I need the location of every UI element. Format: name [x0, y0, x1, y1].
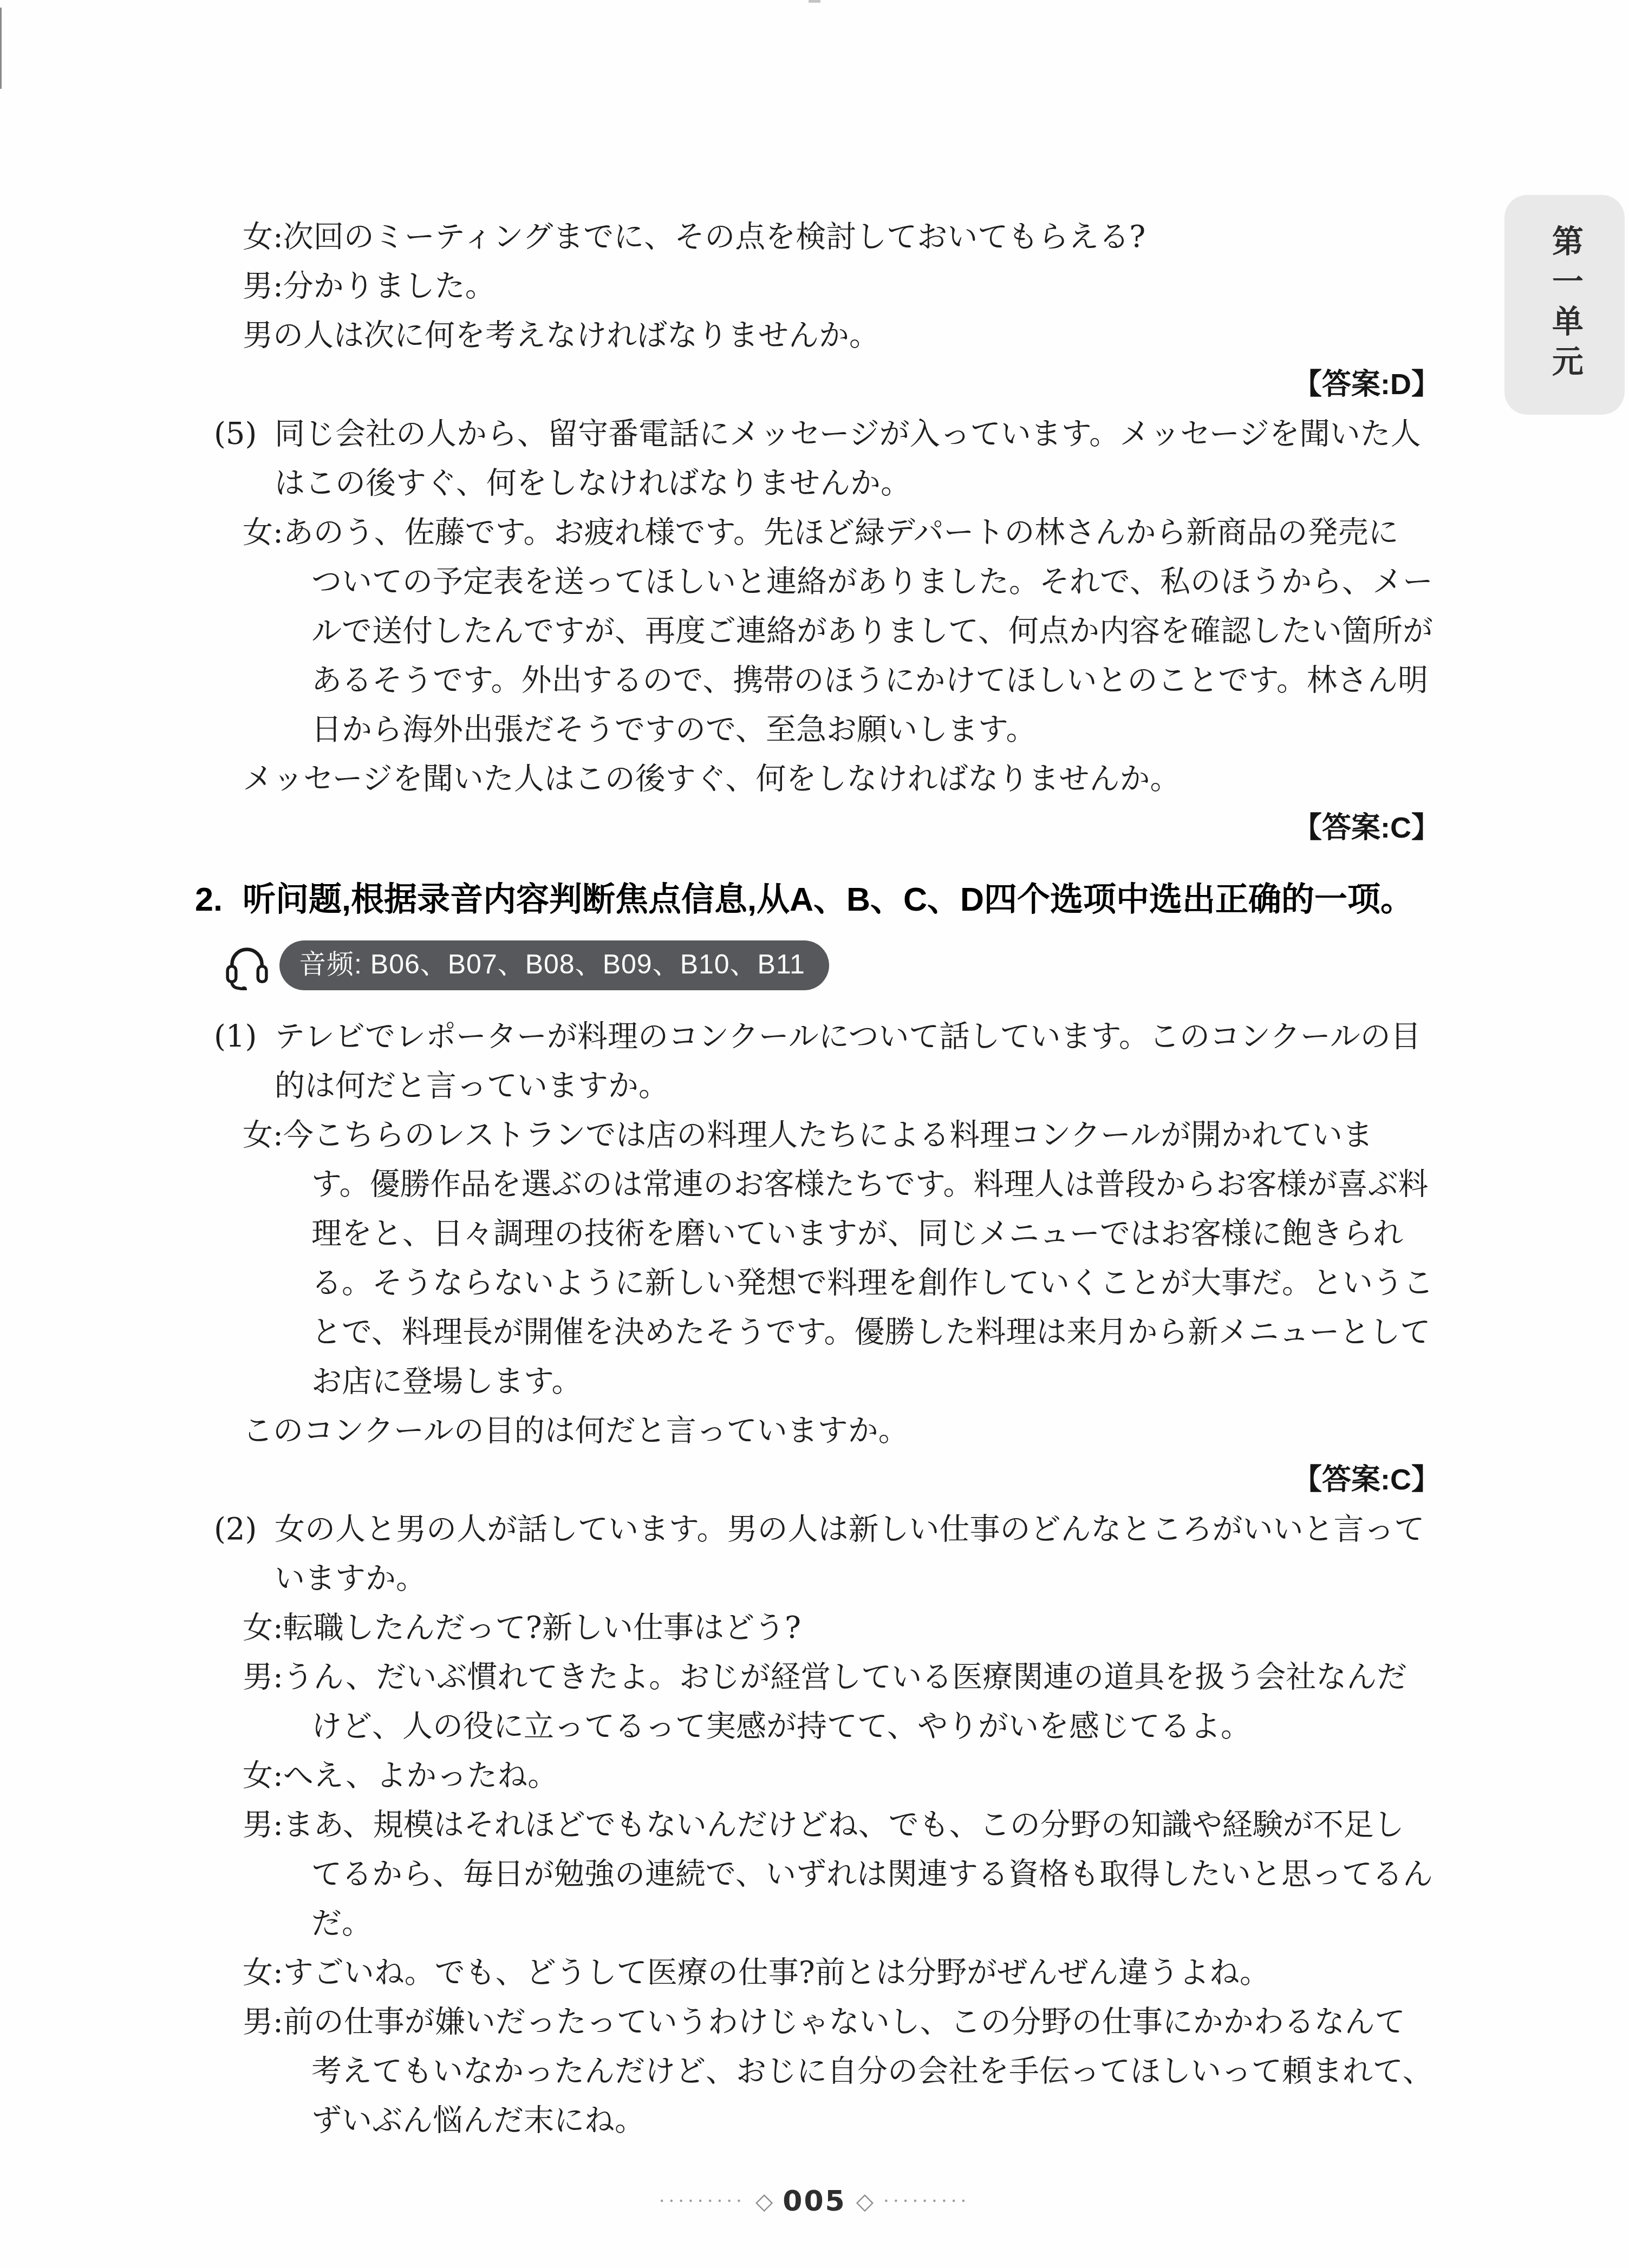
line-text: ずいぶん悩んだ末にね。	[311, 2103, 645, 2138]
line-text: はこの後すぐ、何をしなければなりませんか。	[275, 466, 911, 501]
book-page: 第一单元 女:次回のミーティングまでに、その点を検討しておいてもらえる?男:分か…	[0, 0, 1629, 2268]
line-text: 日から海外出張だそうですので、至急お願いします。	[311, 712, 1036, 747]
dialog-continuation-line: す。優勝作品を選ぶのは常連のお客様たちです。料理人は普段からお客様が喜ぶ料	[195, 1160, 1441, 1209]
dialog-line: 女:次回のミーティングまでに、その点を検討しておいてもらえる?	[195, 212, 1441, 262]
line-text: とで、料理長が開催を決めたそうです。優勝した料理は来月から新メニューとして	[311, 1315, 1430, 1350]
line-text: 【答案:C】	[1293, 812, 1441, 844]
line-text: ついての予定表を送ってほしいと連絡がありました。それで、私のほうから、メー	[311, 564, 1433, 599]
diamond-icon: ◇	[856, 2190, 874, 2213]
line-text: このコンクールの目的は何だと言っていますか。	[243, 1413, 909, 1448]
line-text: 男:前の仕事が嫌いだったっていうわけじゃないし、この分野の仕事にかかわるなんて	[243, 2004, 1405, 2040]
page-footer: ········· ◇ 005 ◇ ·········	[0, 2187, 1629, 2215]
line-text: 女:へえ、よかったね。	[243, 1758, 558, 1793]
footer-dots-right: ·········	[883, 2192, 970, 2211]
dialog-continuation-line: あるそうです。外出するので、携帯のほうにかけてほしいとのことです。林さん明	[195, 656, 1441, 705]
line-text: 的は何だと言っていますか。	[275, 1068, 669, 1103]
narrator-question-line: このコンクールの目的は何だと言っていますか。	[195, 1406, 1441, 1455]
line-text: 考えてもいなかったんだけど、おじに自分の会社を手伝ってほしいって頼まれて、	[311, 2054, 1433, 2089]
question-continuation-line: 的は何だと言っていますか。	[195, 1061, 1441, 1110]
answer-line: 【答案:D】	[195, 360, 1441, 409]
dialog-continuation-line: る。そうならないように新しい発想で料理を創作していくことが大事だ。というこ	[195, 1258, 1441, 1308]
unit-tab-label: 第一单元	[1542, 225, 1587, 385]
question-item-line: (5)同じ会社の人から、留守番電話にメッセージが入っています。メッセージを聞いた…	[195, 409, 1441, 459]
item-number: (2)	[214, 1505, 275, 1554]
line-text: 女:転職したんだって?新しい仕事はどう?	[243, 1610, 801, 1645]
dialog-continuation-line: 日から海外出張だそうですので、至急お願いします。	[195, 705, 1441, 754]
unit-tab: 第一单元	[1504, 195, 1625, 415]
audio-badge-row: 音频: B06、B07、B08、B09、B10、B11	[195, 933, 1441, 998]
question-item-line: (2)女の人と男の人が話しています。男の人は新しい仕事のどんなところがいいと言っ…	[195, 1505, 1441, 1554]
line-text: 女:次回のミーティングまでに、その点を検討しておいてもらえる?	[243, 219, 1145, 254]
dialog-continuation-line: けど、人の役に立ってるって実感が持てて、やりがいを感じてるよ。	[195, 1702, 1441, 1751]
dialog-line: 女:へえ、よかったね。	[195, 1751, 1441, 1800]
line-text: 女:あのう、佐藤です。お疲れ様です。先ほど緑デパートの林さんから新商品の発売に	[243, 515, 1399, 550]
line-text: 女:今こちらのレストランでは店の料理人たちによる料理コンクールが開かれていま	[243, 1117, 1373, 1153]
answer-line: 【答案:C】	[195, 803, 1441, 853]
line-text: 男の人は次に何を考えなければなりませんか。	[243, 318, 879, 353]
dialog-line: 男:分かりました。	[195, 262, 1441, 311]
question-continuation-line: いますか。	[195, 1554, 1441, 1603]
dialog-line: 男:まあ、規模はそれほどでもないんだけどね、でも、この分野の知識や経験が不足し	[195, 1800, 1441, 1849]
line-text: 男:分かりました。	[243, 269, 496, 304]
line-text: テレビでレポーターが料理のコンクールについて話しています。このコンクールの目	[275, 1019, 1421, 1054]
dialog-continuation-line: ずいぶん悩んだ末にね。	[195, 2096, 1441, 2145]
dialog-continuation-line: とで、料理長が開催を決めたそうです。優勝した料理は来月から新メニューとして	[195, 1308, 1441, 1357]
scan-artifact-top	[809, 0, 820, 3]
audio-badge: 音频: B06、B07、B08、B09、B10、B11	[279, 940, 829, 990]
line-text: る。そうならないように新しい発想で料理を創作していくことが大事だ。というこ	[311, 1265, 1433, 1300]
line-text: 男:まあ、規模はそれほどでもないんだけどね、でも、この分野の知識や経験が不足し	[243, 1807, 1404, 1842]
diamond-icon: ◇	[755, 2190, 773, 2213]
footer-dots-left: ·········	[659, 2192, 746, 2211]
line-text: 【答案:D】	[1293, 368, 1441, 401]
headset-icon	[222, 940, 272, 990]
line-text: す。優勝作品を選ぶのは常連のお客様たちです。料理人は普段からお客様が喜ぶ料	[311, 1167, 1428, 1202]
section-heading: 2.听问题,根据录音内容判断焦点信息,从A、B、C、D四个选项中选出正确的一项。	[195, 869, 1441, 930]
answer-line: 【答案:C】	[195, 1455, 1441, 1505]
line-text: 女:すごいね。でも、どうして医療の仕事?前とは分野がぜんぜん違うよね。	[243, 1955, 1270, 1990]
content-area: 女:次回のミーティングまでに、その点を検討しておいてもらえる?男:分かりました。…	[195, 212, 1441, 2145]
line-text: てるから、毎日が勉強の連続で、いずれは関連する資格も取得したいと思ってるん	[311, 1857, 1433, 1892]
dialog-line: 女:すごいね。でも、どうして医療の仕事?前とは分野がぜんぜん違うよね。	[195, 1948, 1441, 1997]
line-text: けど、人の役に立ってるって実感が持てて、やりがいを感じてるよ。	[311, 1709, 1251, 1744]
dialog-line: 女:今こちらのレストランでは店の料理人たちによる料理コンクールが開かれていま	[195, 1110, 1441, 1160]
line-text: 同じ会社の人から、留守番電話にメッセージが入っています。メッセージを聞いた人	[275, 416, 1421, 452]
narrator-question-line: 男の人は次に何を考えなければなりませんか。	[195, 311, 1441, 360]
dialog-continuation-line: お店に登場します。	[195, 1357, 1441, 1406]
dialog-line: 男:うん、だいぶ慣れてきたよ。おじが経営している医療関連の道具を扱う会社なんだ	[195, 1652, 1441, 1702]
line-text: 听问题,根据录音内容判断焦点信息,从A、B、C、D四个选项中选出正确的一项。	[243, 881, 1413, 918]
line-text: 男:うん、だいぶ慣れてきたよ。おじが経営している医療関連の道具を扱う会社なんだ	[243, 1659, 1407, 1695]
dialog-continuation-line: ついての予定表を送ってほしいと連絡がありました。それで、私のほうから、メー	[195, 557, 1441, 606]
question-item-line: (1)テレビでレポーターが料理のコンクールについて話しています。このコンクールの…	[195, 1012, 1441, 1061]
narrator-question-line: メッセージを聞いた人はこの後すぐ、何をしなければなりませんか。	[195, 754, 1441, 803]
line-text: いますか。	[275, 1561, 426, 1596]
scan-artifact-left	[0, 8, 2, 89]
dialog-continuation-line: 考えてもいなかったんだけど、おじに自分の会社を手伝ってほしいって頼まれて、	[195, 2047, 1441, 2096]
line-text: 理をと、日々調理の技術を磨いていますが、同じメニューではお客様に飽きられ	[311, 1216, 1403, 1251]
line-text: 女の人と男の人が話しています。男の人は新しい仕事のどんなところがいいと言って	[275, 1512, 1425, 1547]
item-number: (5)	[214, 409, 275, 459]
dialog-line: 男:前の仕事が嫌いだったっていうわけじゃないし、この分野の仕事にかかわるなんて	[195, 1997, 1441, 2047]
dialog-line: 女:あのう、佐藤です。お疲れ様です。先ほど緑デパートの林さんから新商品の発売に	[195, 508, 1441, 557]
item-number: (1)	[214, 1012, 275, 1061]
line-text: だ。	[311, 1906, 372, 1941]
page-number: 005	[783, 2187, 846, 2215]
line-text: ルで送付したんですが、再度ご連絡がありまして、何点か内容を確認したい箇所が	[311, 613, 1433, 649]
dialog-continuation-line: 理をと、日々調理の技術を磨いていますが、同じメニューではお客様に飽きられ	[195, 1209, 1441, 1258]
line-text: 【答案:C】	[1293, 1463, 1441, 1496]
line-text: メッセージを聞いた人はこの後すぐ、何をしなければなりませんか。	[243, 761, 1181, 796]
dialog-continuation-line: だ。	[195, 1899, 1441, 1948]
dialog-line: 女:転職したんだって?新しい仕事はどう?	[195, 1603, 1441, 1652]
dialog-continuation-line: てるから、毎日が勉強の連続で、いずれは関連する資格も取得したいと思ってるん	[195, 1849, 1441, 1899]
dialog-continuation-line: ルで送付したんですが、再度ご連絡がありまして、何点か内容を確認したい箇所が	[195, 606, 1441, 656]
line-text: お店に登場します。	[311, 1364, 582, 1399]
line-text: あるそうです。外出するので、携帯のほうにかけてほしいとのことです。林さん明	[311, 663, 1428, 698]
question-continuation-line: はこの後すぐ、何をしなければなりませんか。	[195, 459, 1441, 508]
section-number: 2.	[195, 869, 243, 930]
